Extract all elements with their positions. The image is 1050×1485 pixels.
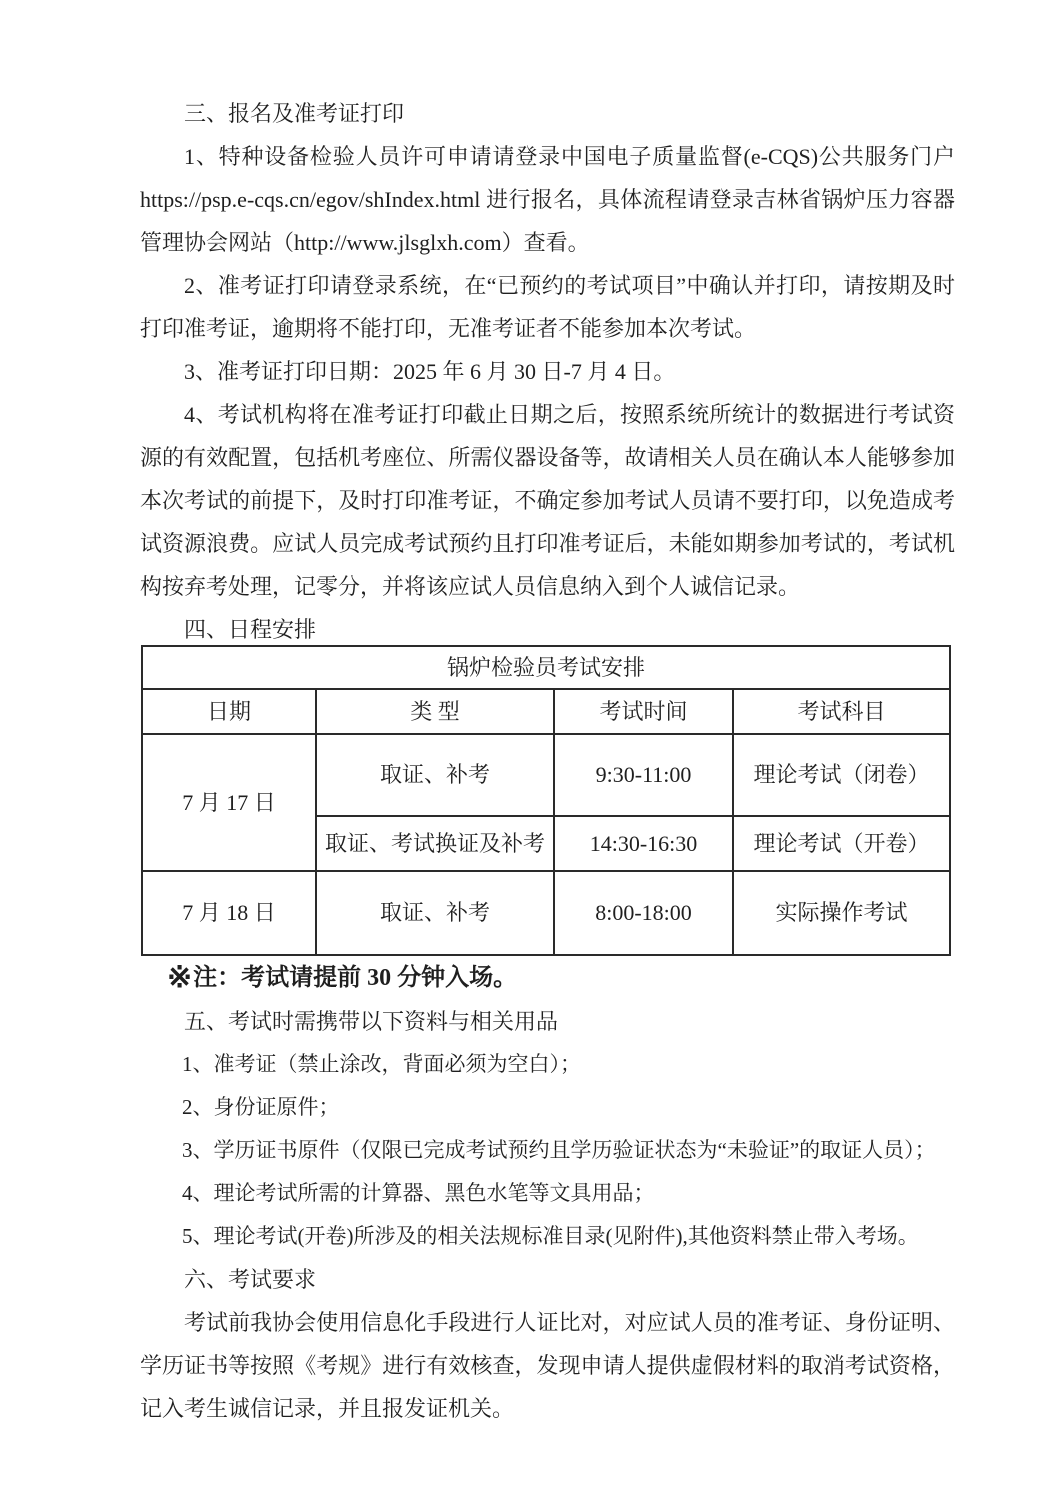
- cell-subject: 理论考试（闭卷）: [733, 734, 950, 816]
- col-header-time: 考试时间: [554, 689, 733, 734]
- cell-date: 7 月 17 日: [142, 734, 316, 871]
- cell-date: 7 月 18 日: [142, 871, 316, 955]
- entry-time-note-text: 注：考试请提前 30 分钟入场。: [193, 965, 517, 991]
- list-item-admission-ticket: 1、准考证（禁止涂改，背面必须为空白）；: [140, 1043, 955, 1086]
- list-item-reference-catalog: 5、理论考试(开卷)所涉及的相关法规标准目录(见附件),其他资料禁止带入考场。: [140, 1215, 955, 1258]
- para-exam-requirements: 考试前我协会使用信息化手段进行人证比对，对应试人员的准考证、身份证明、学历证书等…: [140, 1301, 955, 1430]
- cell-time: 14:30-16:30: [554, 816, 733, 871]
- para-registration-portal: 1、特种设备检验人员许可申请请登录中国电子质量监督(e-CQS)公共服务门户 h…: [140, 135, 955, 264]
- cell-time: 9:30-11:00: [554, 734, 733, 816]
- reference-mark: ※: [167, 961, 193, 994]
- cell-subject: 实际操作考试: [733, 871, 950, 955]
- col-header-date: 日期: [142, 689, 316, 734]
- para-print-dates: 3、准考证打印日期：2025 年 6 月 30 日-7 月 4 日。: [140, 350, 955, 393]
- cell-type: 取证、补考: [316, 734, 554, 816]
- col-header-subject: 考试科目: [733, 689, 950, 734]
- cell-type: 取证、考试换证及补考: [316, 816, 554, 871]
- para-ticket-print: 2、准考证打印请登录系统，在“已预约的考试项目”中确认并打印，请按期及时打印准考…: [140, 264, 955, 350]
- table-title: 锅炉检验员考试安排: [142, 646, 950, 689]
- table-row: 7 月 18 日 取证、补考 8:00-18:00 实际操作考试: [142, 871, 950, 955]
- table-header-row: 日期 类 型 考试时间 考试科目: [142, 689, 950, 734]
- entry-time-note: ※注：考试请提前 30 分钟入场。: [140, 956, 955, 1000]
- document-page: 三、报名及准考证打印 1、特种设备检验人员许可申请请登录中国电子质量监督(e-C…: [140, 92, 955, 1430]
- exam-schedule-table: 锅炉检验员考试安排 日期 类 型 考试时间 考试科目 7 月 17 日 取证、补…: [141, 645, 951, 956]
- para-resource-allocation: 4、考试机构将在准考证打印截止日期之后，按照系统所统计的数据进行考试资源的有效配…: [140, 393, 955, 608]
- col-header-type: 类 型: [316, 689, 554, 734]
- list-item-stationery: 4、理论考试所需的计算器、黑色水笔等文具用品；: [140, 1172, 955, 1215]
- table-title-row: 锅炉检验员考试安排: [142, 646, 950, 689]
- cell-time: 8:00-18:00: [554, 871, 733, 955]
- list-item-diploma: 3、学历证书原件（仅限已完成考试预约且学历验证状态为“未验证”的取证人员）；: [140, 1129, 955, 1172]
- section-6-heading: 六、考试要求: [140, 1258, 955, 1301]
- section-3-heading: 三、报名及准考证打印: [140, 92, 955, 135]
- cell-type: 取证、补考: [316, 871, 554, 955]
- section-5-heading: 五、考试时需携带以下资料与相关用品: [140, 1000, 955, 1043]
- table-row: 7 月 17 日 取证、补考 9:30-11:00 理论考试（闭卷）: [142, 734, 950, 816]
- cell-subject: 理论考试（开卷）: [733, 816, 950, 871]
- list-item-id-card: 2、身份证原件；: [140, 1086, 955, 1129]
